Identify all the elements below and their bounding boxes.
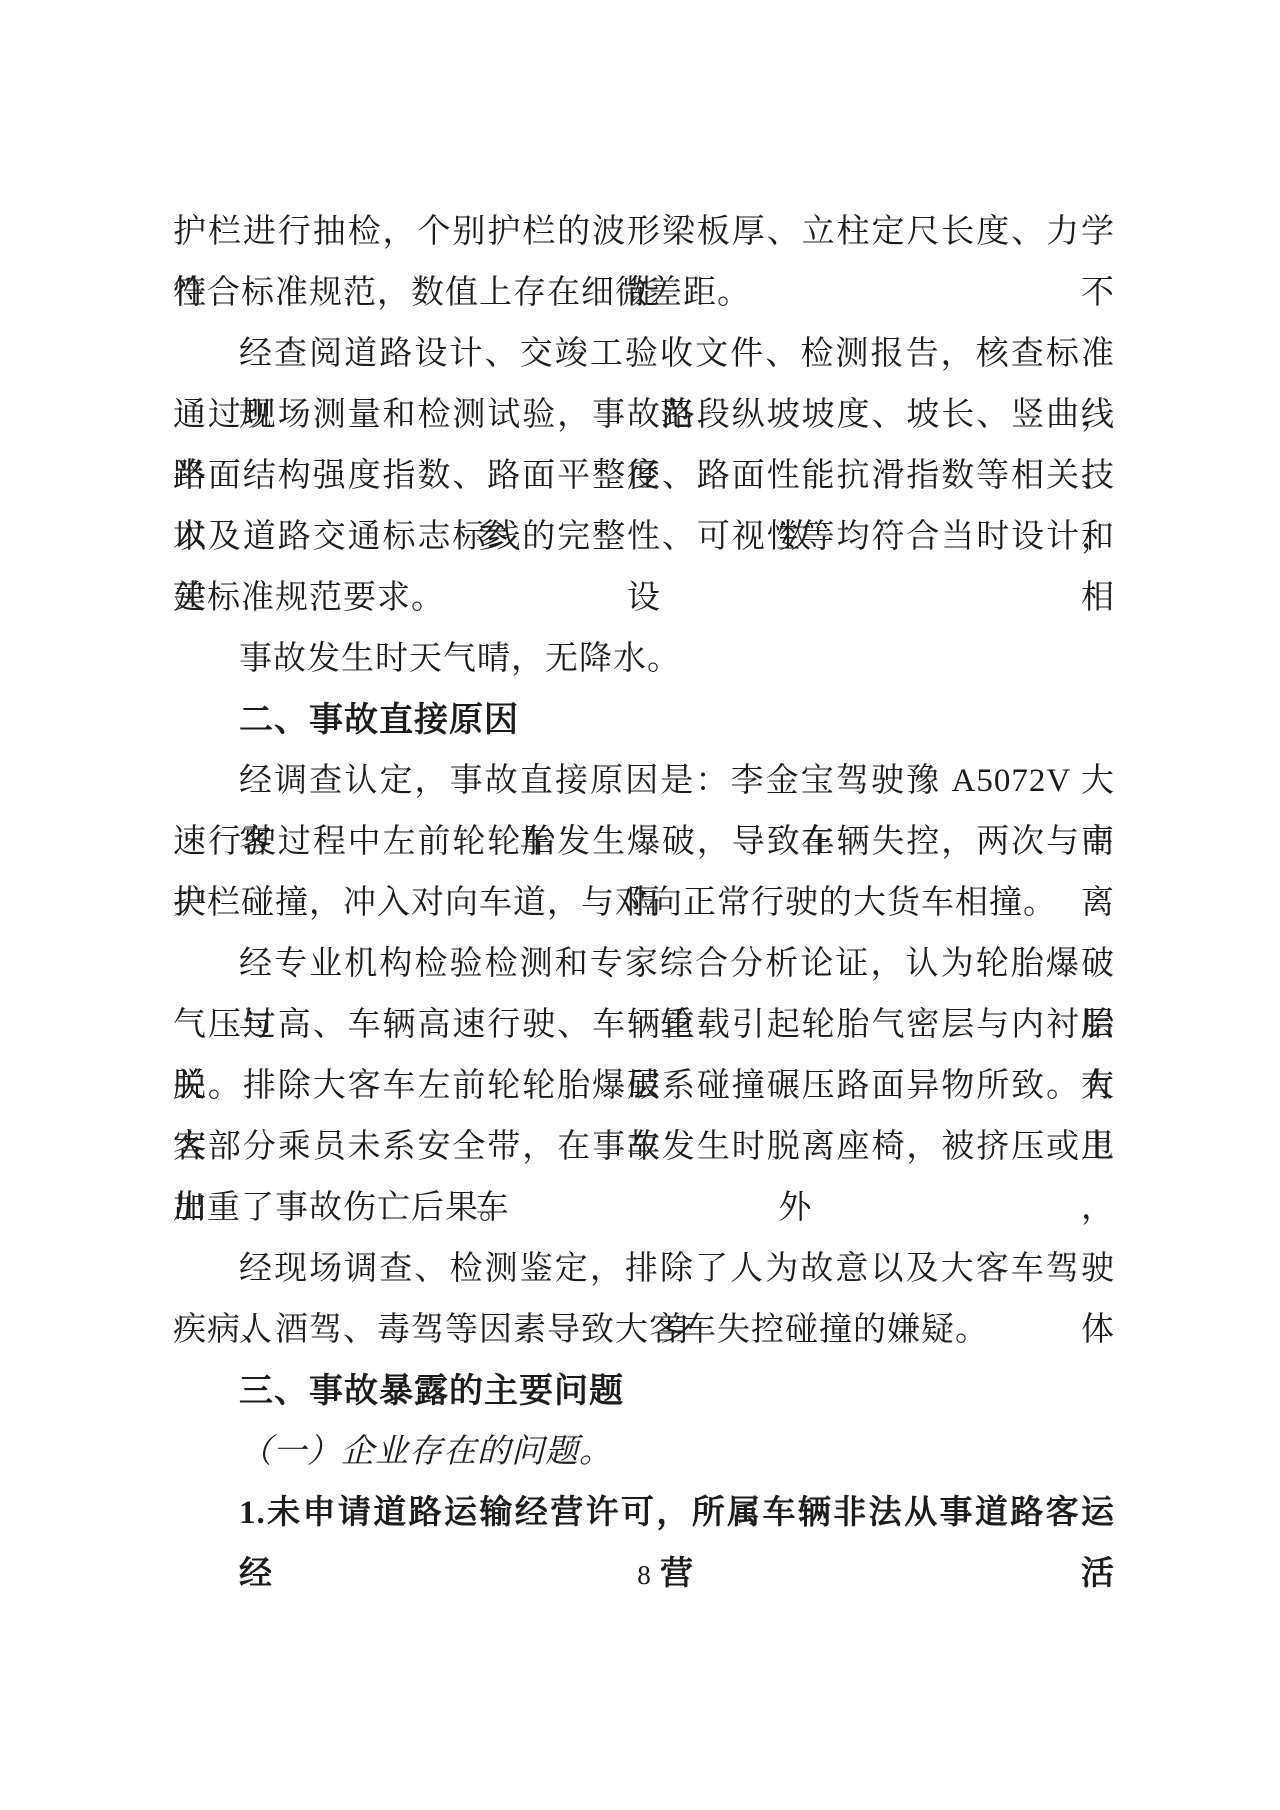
text-line: 疾病、酒驾、毒驾等因素导致大客车失控碰撞的嫌疑。 bbox=[173, 1300, 1115, 1361]
text-line: 经专业机构检验检测和专家综合分析论证，认为轮胎爆破与轮胎 bbox=[173, 934, 1115, 995]
text-line: （一）企业存在的问题。 bbox=[173, 1422, 1115, 1483]
text-line: 通过现场测量和检测试验，事故路段纵坡坡度、坡长、竖曲线半径、 bbox=[173, 385, 1115, 446]
text-line: 经现场调查、检测鉴定，排除了人为故意以及大客车驾驶人身体 bbox=[173, 1239, 1115, 1300]
document-page: 护栏进行抽检，个别护栏的波形梁板厚、立柱定尺长度、力学性能不符合标准规范，数值上… bbox=[0, 0, 1280, 1810]
text-line: 经调查认定，事故直接原因是：李金宝驾驶豫 A5072V 大客车在高 bbox=[173, 751, 1115, 812]
page-number: 8 bbox=[637, 1560, 651, 1590]
text-line: 1.未申请道路运输经营许可，所属车辆非法从事道路客运经营活 bbox=[173, 1483, 1115, 1544]
document-body: 护栏进行抽检，个别护栏的波形梁板厚、立柱定尺长度、力学性能不符合标准规范，数值上… bbox=[173, 202, 1115, 1544]
document-lines: 护栏进行抽检，个别护栏的波形梁板厚、立柱定尺长度、力学性能不符合标准规范，数值上… bbox=[173, 202, 1115, 1544]
section-heading: 二、事故直接原因 bbox=[173, 690, 1115, 751]
text-line: 速行驶过程中左前轮轮胎发生爆破，导致车辆失控，两次与中央隔离 bbox=[173, 812, 1115, 873]
text-line: 大部分乘员未系安全带，在事故发生时脱离座椅，被挤压或甩出车外， bbox=[173, 1117, 1115, 1178]
section-heading: 三、事故暴露的主要问题 bbox=[173, 1361, 1115, 1422]
text-line: 路面结构强度指数、路面平整度、路面性能抗滑指数等相关技术参数， bbox=[173, 446, 1115, 507]
text-line: 事故发生时天气晴，无降水。 bbox=[173, 629, 1115, 690]
text-line: 经查阅道路设计、交竣工验收文件、检测报告，核查标准规范， bbox=[173, 324, 1115, 385]
text-line: 关。排除大客车左前轮轮胎爆破系碰撞碾压路面异物所致。大客车上 bbox=[173, 1056, 1115, 1117]
text-line: 气压过高、车辆高速行驶、车辆重载引起轮胎气密层与内衬层脱层有 bbox=[173, 995, 1115, 1056]
text-line: 护栏进行抽检，个别护栏的波形梁板厚、立柱定尺长度、力学性能不 bbox=[173, 202, 1115, 263]
text-line: 护栏碰撞，冲入对向车道，与对向正常行驶的大货车相撞。 bbox=[173, 873, 1115, 934]
page-footer: 8 bbox=[173, 1560, 1115, 1591]
text-line: 以及道路交通标志标线的完整性、可视性等均符合当时设计和建设相 bbox=[173, 507, 1115, 568]
